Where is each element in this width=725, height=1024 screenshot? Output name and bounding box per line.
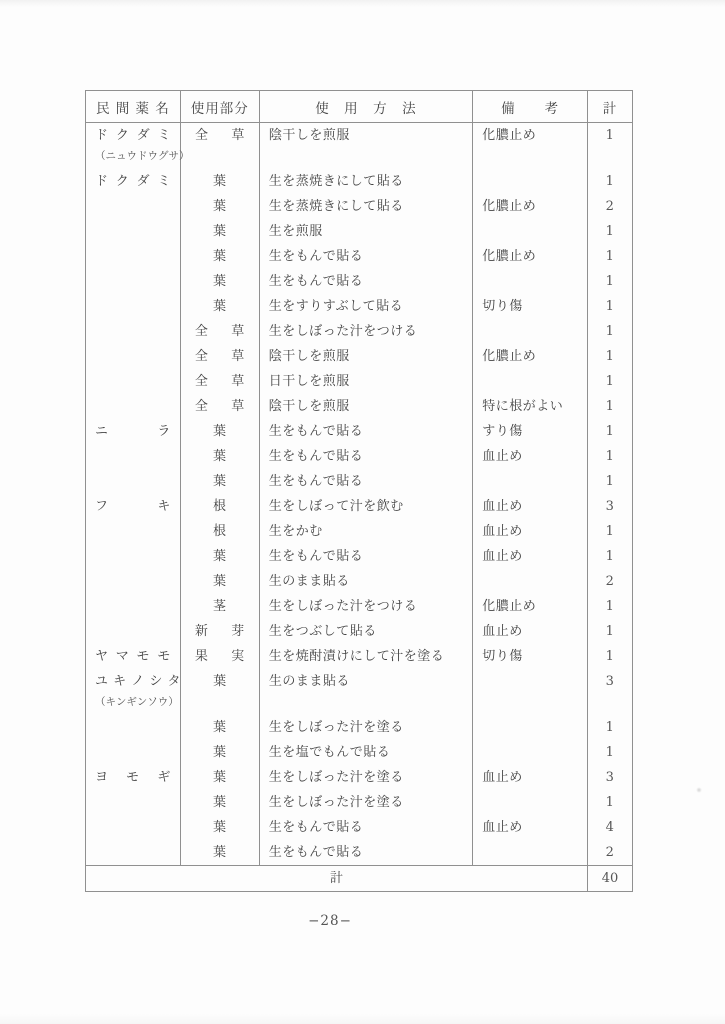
usage-method-cell: 生をもんで貼る — [260, 419, 474, 444]
remark-cell — [473, 469, 588, 494]
count-cell: 2 — [588, 569, 632, 594]
count-cell: 3 — [588, 494, 632, 519]
count-cell: 1 — [588, 269, 632, 294]
usage-method-cell: 生をしぼった汁をつける — [260, 319, 474, 344]
usage-method-cell: 生を蒸焼きにして貼る — [260, 169, 474, 194]
remark-cell: 血止め — [473, 619, 588, 644]
medicine-name-cell — [86, 269, 181, 294]
usage-method-cell: 日干しを煎服 — [260, 369, 474, 394]
header-medicine-name: 民 間 薬 名 — [86, 91, 181, 122]
medicine-name-alias: （ニュウドウグサ） — [95, 148, 171, 165]
used-part-cell: 全 草 — [181, 319, 260, 344]
table-row: ユ キ ノ シ タ （キンギンソウ） 葉 生のまま貼る 3 — [86, 669, 632, 715]
usage-method-cell: 生をもんで貼る — [260, 840, 474, 865]
usage-method-cell: 陰干しを煎服 — [260, 344, 474, 369]
table-body: ド ク ダ ミ （ニュウドウグサ） 全 草 陰干しを煎服 化膿止め 1 ド ク … — [86, 123, 632, 865]
table-row: 葉 生を蒸焼きにして貼る 化膿止め 2 — [86, 194, 632, 219]
remark-cell — [473, 319, 588, 344]
medicine-name-cell — [86, 815, 181, 840]
count-cell: 1 — [588, 644, 632, 669]
table-row: ヤ マ モ モ 果 実 生を焼酎漬けにして汁を塗る 切り傷 1 — [86, 644, 632, 669]
header-used-part: 使用部分 — [181, 91, 260, 122]
medicine-name-cell: フ キ — [86, 494, 181, 519]
table-row: 葉 生をすりすぶして貼る 切り傷 1 — [86, 294, 632, 319]
used-part-cell: 全 草 — [181, 369, 260, 394]
folk-medicine-table: 民 間 薬 名 使用部分 使 用 方 法 備 考 計 ド ク ダ ミ （ニュウド… — [85, 90, 633, 892]
medicine-name: ユ キ ノ シ タ — [95, 669, 171, 694]
count-cell: 1 — [588, 419, 632, 444]
header-usage-method: 使 用 方 法 — [260, 91, 474, 122]
medicine-name: ヨ モ ギ — [95, 765, 171, 790]
used-part-cell: 葉 — [181, 715, 260, 740]
header-total: 計 — [588, 91, 632, 122]
table-row: 全 草 生をしぼった汁をつける 1 — [86, 319, 632, 344]
count-cell: 1 — [588, 715, 632, 740]
total-label: 計 — [86, 866, 588, 891]
medicine-name-cell — [86, 369, 181, 394]
count-cell: 1 — [588, 394, 632, 419]
medicine-name-cell — [86, 594, 181, 619]
medicine-name-cell — [86, 619, 181, 644]
count-cell: 4 — [588, 815, 632, 840]
remark-cell — [473, 219, 588, 244]
remark-cell: 切り傷 — [473, 294, 588, 319]
count-cell: 1 — [588, 244, 632, 269]
table-row: 葉 生を塩でもんで貼る 1 — [86, 740, 632, 765]
used-part-cell: 果 実 — [181, 644, 260, 669]
count-cell: 1 — [588, 369, 632, 394]
usage-method-cell: 生をもんで貼る — [260, 269, 474, 294]
table-row: 全 草 陰干しを煎服 化膿止め 1 — [86, 344, 632, 369]
medicine-name-cell — [86, 715, 181, 740]
medicine-name-cell — [86, 294, 181, 319]
table-row: 全 草 陰干しを煎服 特に根がよい 1 — [86, 394, 632, 419]
medicine-name-cell — [86, 790, 181, 815]
table-row: ニ ラ 葉 生をもんで貼る すり傷 1 — [86, 419, 632, 444]
medicine-name-cell — [86, 394, 181, 419]
remark-cell: 血止め — [473, 544, 588, 569]
medicine-name-cell: ド ク ダ ミ — [86, 169, 181, 194]
remark-cell: 切り傷 — [473, 644, 588, 669]
used-part-cell: 葉 — [181, 244, 260, 269]
count-cell: 1 — [588, 219, 632, 244]
count-cell: 1 — [588, 740, 632, 765]
medicine-name: ヤ マ モ モ — [95, 644, 171, 669]
remark-cell: 血止め — [473, 519, 588, 544]
medicine-name-cell — [86, 840, 181, 865]
remark-cell — [473, 169, 588, 194]
medicine-name: ニ ラ — [95, 419, 171, 444]
count-cell: 1 — [588, 519, 632, 544]
remark-cell: 血止め — [473, 765, 588, 790]
usage-method-cell: 生を焼酎漬けにして汁を塗る — [260, 644, 474, 669]
usage-method-cell: 生をもんで貼る — [260, 815, 474, 840]
count-cell: 1 — [588, 790, 632, 815]
medicine-name: ド ク ダ ミ — [95, 169, 171, 194]
usage-method-cell: 生をすりすぶして貼る — [260, 294, 474, 319]
used-part-cell: 葉 — [181, 569, 260, 594]
count-cell: 1 — [588, 544, 632, 569]
used-part-cell: 葉 — [181, 419, 260, 444]
medicine-name-alias: （キンギンソウ） — [95, 694, 171, 711]
usage-method-cell: 陰干しを煎服 — [260, 394, 474, 419]
table-row: 葉 生をしぼった汁を塗る 1 — [86, 715, 632, 740]
used-part-cell: 新 芽 — [181, 619, 260, 644]
used-part-cell: 全 草 — [181, 123, 260, 169]
count-cell: 2 — [588, 194, 632, 219]
usage-method-cell: 生をしぼった汁をつける — [260, 594, 474, 619]
usage-method-cell: 生を煎服 — [260, 219, 474, 244]
usage-method-cell: 生をもんで貼る — [260, 444, 474, 469]
table-row: 葉 生をもんで貼る 2 — [86, 840, 632, 865]
used-part-cell: 葉 — [181, 169, 260, 194]
remark-cell — [473, 569, 588, 594]
remark-cell — [473, 269, 588, 294]
medicine-name-cell — [86, 569, 181, 594]
used-part-cell: 全 草 — [181, 394, 260, 419]
table-row: 新 芽 生をつぶして貼る 血止め 1 — [86, 619, 632, 644]
remark-cell: 特に根がよい — [473, 394, 588, 419]
table-row: 葉 生をもんで貼る 血止め 4 — [86, 815, 632, 840]
medicine-name-cell: ヤ マ モ モ — [86, 644, 181, 669]
medicine-name-cell — [86, 194, 181, 219]
usage-method-cell: 陰干しを煎服 — [260, 123, 473, 169]
used-part-cell: 根 — [181, 494, 260, 519]
count-cell: 1 — [588, 319, 632, 344]
used-part-cell: 葉 — [181, 815, 260, 840]
table-row: 葉 生をしぼった汁を塗る 1 — [86, 790, 632, 815]
remark-cell: 化膿止め — [473, 123, 588, 169]
table-total-row: 計 40 — [86, 865, 632, 891]
table-row: ド ク ダ ミ （ニュウドウグサ） 全 草 陰干しを煎服 化膿止め 1 — [86, 123, 632, 169]
used-part-cell: 葉 — [181, 669, 260, 715]
header-remarks: 備 考 — [473, 91, 588, 122]
medicine-name-cell: ニ ラ — [86, 419, 181, 444]
count-cell: 1 — [588, 169, 632, 194]
count-cell: 1 — [588, 469, 632, 494]
used-part-cell: 葉 — [181, 840, 260, 865]
used-part-cell: 葉 — [181, 269, 260, 294]
remark-cell — [473, 669, 588, 715]
usage-method-cell: 生をもんで貼る — [260, 469, 474, 494]
usage-method-cell: 生をもんで貼る — [260, 244, 474, 269]
medicine-name-cell — [86, 344, 181, 369]
usage-method-cell: 生をしぼって汁を飲む — [260, 494, 474, 519]
count-cell: 1 — [588, 344, 632, 369]
count-cell: 1 — [588, 594, 632, 619]
count-cell: 1 — [588, 123, 632, 169]
scan-speck — [696, 787, 702, 793]
used-part-cell: 葉 — [181, 469, 260, 494]
medicine-name: フ キ — [95, 494, 171, 519]
remark-cell: 化膿止め — [473, 344, 588, 369]
remark-cell — [473, 715, 588, 740]
usage-method-cell: 生を塩でもんで貼る — [260, 740, 474, 765]
table-row: 根 生をかむ 血止め 1 — [86, 519, 632, 544]
medicine-name-cell: ヨ モ ギ — [86, 765, 181, 790]
table-header-row: 民 間 薬 名 使用部分 使 用 方 法 備 考 計 — [86, 91, 632, 123]
table-row: 葉 生を煎服 1 — [86, 219, 632, 244]
medicine-name-cell — [86, 740, 181, 765]
table-row: 全 草 日干しを煎服 1 — [86, 369, 632, 394]
medicine-name-cell — [86, 219, 181, 244]
remark-cell — [473, 840, 588, 865]
medicine-name-cell — [86, 544, 181, 569]
usage-method-cell: 生を蒸焼きにして貼る — [260, 194, 474, 219]
used-part-cell: 茎 — [181, 594, 260, 619]
usage-method-cell: 生をつぶして貼る — [260, 619, 474, 644]
count-cell: 3 — [588, 669, 632, 715]
remark-cell: 化膿止め — [473, 194, 588, 219]
remark-cell: 血止め — [473, 815, 588, 840]
used-part-cell: 葉 — [181, 294, 260, 319]
remark-cell: 化膿止め — [473, 594, 588, 619]
usage-method-cell: 生をしぼった汁を塗る — [260, 790, 474, 815]
remark-cell: すり傷 — [473, 419, 588, 444]
table-row: フ キ 根 生をしぼって汁を飲む 血止め 3 — [86, 494, 632, 519]
table-row: 葉 生のまま貼る 2 — [86, 569, 632, 594]
usage-method-cell: 生をかむ — [260, 519, 474, 544]
used-part-cell: 葉 — [181, 544, 260, 569]
table-row: ド ク ダ ミ 葉 生を蒸焼きにして貼る 1 — [86, 169, 632, 194]
table-row: 葉 生をもんで貼る 1 — [86, 469, 632, 494]
count-cell: 1 — [588, 619, 632, 644]
remark-cell: 血止め — [473, 444, 588, 469]
usage-method-cell: 生をしぼった汁を塗る — [260, 715, 474, 740]
usage-method-cell: 生のまま貼る — [260, 669, 473, 715]
usage-method-cell: 生をしぼった汁を塗る — [260, 765, 474, 790]
usage-method-cell: 生のまま貼る — [260, 569, 474, 594]
used-part-cell: 根 — [181, 519, 260, 544]
table-row: 葉 生をもんで貼る 血止め 1 — [86, 444, 632, 469]
medicine-name: ド ク ダ ミ — [95, 123, 171, 148]
remark-cell: 血止め — [473, 494, 588, 519]
medicine-name-cell: ユ キ ノ シ タ （キンギンソウ） — [86, 669, 181, 715]
table-row: 茎 生をしぼった汁をつける 化膿止め 1 — [86, 594, 632, 619]
medicine-name-cell — [86, 469, 181, 494]
medicine-name-cell — [86, 444, 181, 469]
count-cell: 2 — [588, 840, 632, 865]
document-page: 民 間 薬 名 使用部分 使 用 方 法 備 考 計 ド ク ダ ミ （ニュウド… — [0, 0, 725, 1024]
medicine-name-cell — [86, 519, 181, 544]
used-part-cell: 葉 — [181, 219, 260, 244]
used-part-cell: 全 草 — [181, 344, 260, 369]
table-row: ヨ モ ギ 葉 生をしぼった汁を塗る 血止め 3 — [86, 765, 632, 790]
medicine-name-cell — [86, 319, 181, 344]
used-part-cell: 葉 — [181, 194, 260, 219]
remark-cell — [473, 740, 588, 765]
remark-cell — [473, 369, 588, 394]
total-value: 40 — [588, 866, 632, 891]
used-part-cell: 葉 — [181, 765, 260, 790]
count-cell: 1 — [588, 444, 632, 469]
used-part-cell: 葉 — [181, 444, 260, 469]
table-row: 葉 生をもんで貼る 血止め 1 — [86, 544, 632, 569]
remark-cell: 化膿止め — [473, 244, 588, 269]
used-part-cell: 葉 — [181, 790, 260, 815]
page-number: −28− — [0, 913, 660, 929]
remark-cell — [473, 790, 588, 815]
table-row: 葉 生をもんで貼る 化膿止め 1 — [86, 244, 632, 269]
table-row: 葉 生をもんで貼る 1 — [86, 269, 632, 294]
count-cell: 1 — [588, 294, 632, 319]
count-cell: 3 — [588, 765, 632, 790]
medicine-name-cell: ド ク ダ ミ （ニュウドウグサ） — [86, 123, 181, 169]
usage-method-cell: 生をもんで貼る — [260, 544, 474, 569]
medicine-name-cell — [86, 244, 181, 269]
used-part-cell: 葉 — [181, 740, 260, 765]
